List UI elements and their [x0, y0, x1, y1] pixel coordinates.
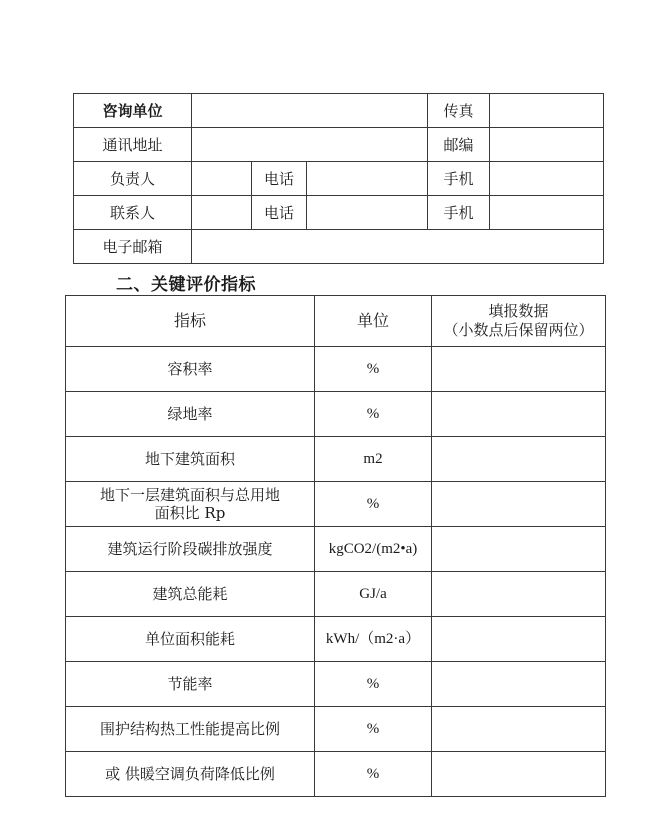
fax-label: 传真	[428, 94, 490, 128]
indicator-name: 或 供暖空调负荷降低比例	[66, 752, 315, 797]
contact-person-label: 联系人	[74, 196, 192, 230]
table-row: 单位面积能耗 kWh/（m2·a）	[66, 617, 606, 662]
indicator-name: 单位面积能耗	[66, 617, 315, 662]
table-row: 或 供暖空调负荷降低比例 %	[66, 752, 606, 797]
postcode-label: 邮编	[428, 128, 490, 162]
indicator-name: 容积率	[66, 347, 315, 392]
indicator-value-field[interactable]	[432, 707, 606, 752]
indicator-value-field[interactable]	[432, 527, 606, 572]
section-title: 二、关键评价指标	[116, 270, 256, 295]
phone-label: 电话	[252, 162, 307, 196]
consulting-unit-field[interactable]	[192, 94, 428, 128]
table-row: 电子邮箱	[74, 230, 604, 264]
indicator-name: 绿地率	[66, 392, 315, 437]
address-field[interactable]	[192, 128, 428, 162]
table-row: 通讯地址 邮编	[74, 128, 604, 162]
unit-header: 单位	[315, 296, 432, 347]
indicator-name-line2: 面积比 Rp	[66, 504, 314, 522]
indicator-unit: %	[315, 482, 432, 527]
indicator-unit: %	[315, 662, 432, 707]
indicator-name: 建筑总能耗	[66, 572, 315, 617]
email-field[interactable]	[192, 230, 604, 264]
data-header: 填报数据 （小数点后保留两位）	[432, 296, 606, 347]
postcode-field[interactable]	[490, 128, 604, 162]
indicator-name: 节能率	[66, 662, 315, 707]
table-row: 建筑总能耗 GJ/a	[66, 572, 606, 617]
consulting-unit-label: 咨询单位	[74, 94, 192, 128]
table-row: 咨询单位 传真	[74, 94, 604, 128]
indicator-header: 指标	[66, 296, 315, 347]
fax-field[interactable]	[490, 94, 604, 128]
indicator-name: 围护结构热工性能提高比例	[66, 707, 315, 752]
table-row: 地下建筑面积 m2	[66, 437, 606, 482]
data-header-line2: （小数点后保留两位）	[432, 321, 605, 340]
phone-field[interactable]	[307, 196, 428, 230]
table-row: 绿地率 %	[66, 392, 606, 437]
table-row: 负责人 电话 手机	[74, 162, 604, 196]
indicator-unit: GJ/a	[315, 572, 432, 617]
indicator-value-field[interactable]	[432, 572, 606, 617]
table-row: 地下一层建筑面积与总用地 面积比 Rp %	[66, 482, 606, 527]
data-header-line1: 填报数据	[432, 302, 605, 321]
indicator-value-field[interactable]	[432, 617, 606, 662]
indicator-unit: kWh/（m2·a）	[315, 617, 432, 662]
email-label: 电子邮箱	[74, 230, 192, 264]
indicator-name: 建筑运行阶段碳排放强度	[66, 527, 315, 572]
address-label: 通讯地址	[74, 128, 192, 162]
contact-person-field[interactable]	[192, 196, 252, 230]
indicator-name-line1: 地下一层建筑面积与总用地	[66, 486, 314, 504]
table-header-row: 指标 单位 填报数据 （小数点后保留两位）	[66, 296, 606, 347]
indicator-value-field[interactable]	[432, 662, 606, 707]
table-row: 建筑运行阶段碳排放强度 kgCO2/(m2•a)	[66, 527, 606, 572]
indicator-unit: m2	[315, 437, 432, 482]
mobile-label: 手机	[428, 196, 490, 230]
table-row: 围护结构热工性能提高比例 %	[66, 707, 606, 752]
indicator-unit: %	[315, 392, 432, 437]
phone-field[interactable]	[307, 162, 428, 196]
table-row: 节能率 %	[66, 662, 606, 707]
indicator-name: 地下一层建筑面积与总用地 面积比 Rp	[66, 482, 315, 527]
table-row: 联系人 电话 手机	[74, 196, 604, 230]
indicator-value-field[interactable]	[432, 347, 606, 392]
mobile-field[interactable]	[490, 162, 604, 196]
person-in-charge-label: 负责人	[74, 162, 192, 196]
mobile-field[interactable]	[490, 196, 604, 230]
indicator-value-field[interactable]	[432, 392, 606, 437]
phone-label: 电话	[252, 196, 307, 230]
indicator-unit: %	[315, 347, 432, 392]
mobile-label: 手机	[428, 162, 490, 196]
key-indicators-table: 指标 单位 填报数据 （小数点后保留两位） 容积率 % 绿地率 % 地下建筑面积…	[65, 295, 606, 797]
indicator-unit: kgCO2/(m2•a)	[315, 527, 432, 572]
indicator-value-field[interactable]	[432, 437, 606, 482]
indicator-unit: %	[315, 752, 432, 797]
table-row: 容积率 %	[66, 347, 606, 392]
indicator-name: 地下建筑面积	[66, 437, 315, 482]
person-in-charge-field[interactable]	[192, 162, 252, 196]
indicator-unit: %	[315, 707, 432, 752]
indicator-value-field[interactable]	[432, 482, 606, 527]
contact-info-table: 咨询单位 传真 通讯地址 邮编 负责人 电话 手机 联系人 电话 手机 电子邮箱	[73, 93, 604, 264]
indicator-value-field[interactable]	[432, 752, 606, 797]
